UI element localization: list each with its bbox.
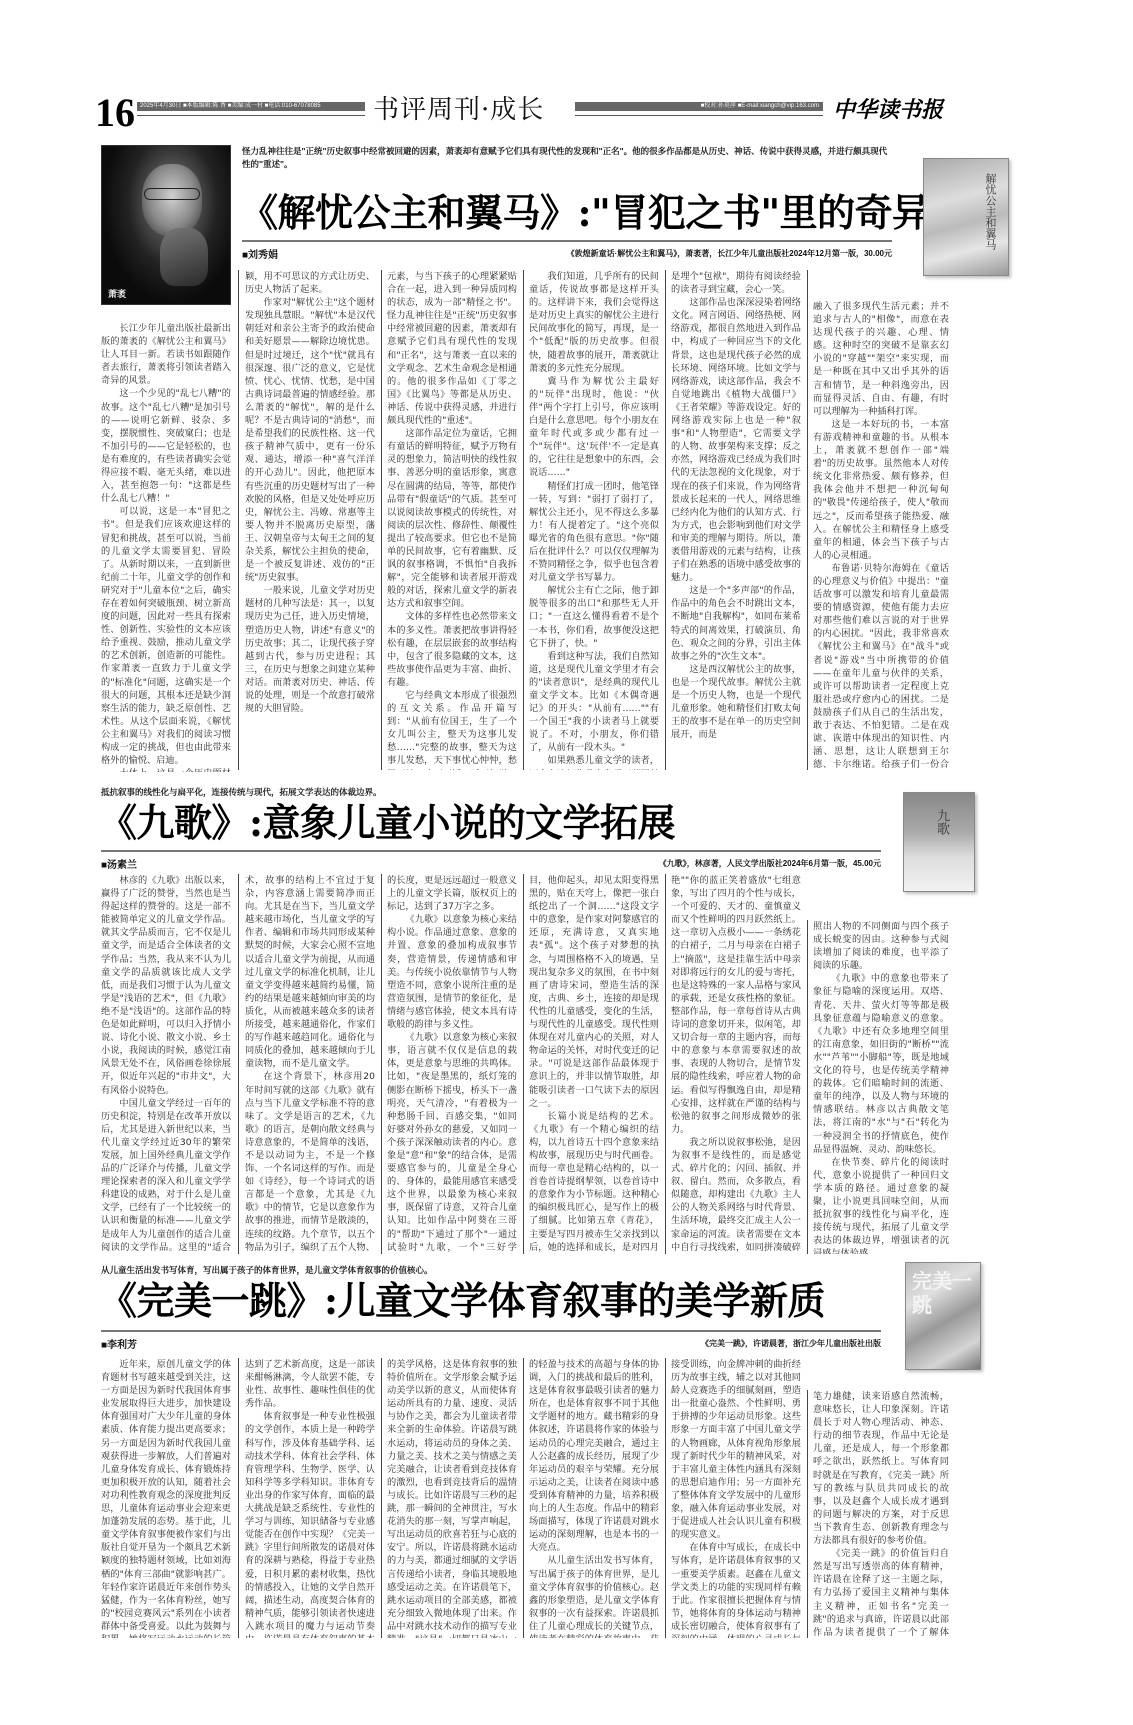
paragraph: 从儿童生活出发书写体育，写出属于孩子的体育世界，是儿童文学体育叙事的价值核心。赵… <box>529 1554 659 1638</box>
article-1-column-4: 我们知道，几乎所有的民间童话，传说故事都是这样开头的。这样讲下来，我们会觉得这是… <box>529 270 659 770</box>
headline-rule <box>101 850 881 852</box>
paragraph: 术，故事的结构上不宜过于复杂，内容意涵上需要简净而正向。尤其是在当下，当儿童文学… <box>245 874 375 1070</box>
paragraph: 我们知道，几乎所有的民间童话，传说故事都是这样开头的。这样讲下来，我们会觉得这是… <box>529 270 659 375</box>
portrait-glasses <box>144 188 200 200</box>
page-number: 16 <box>95 92 135 134</box>
paragraph: 大体上，这是一个历史题材的作品。这是一个什么故事呢？用萧袤自己的话说，一句话就能… <box>101 767 231 772</box>
paragraph: 接受训练，向金牌冲刺的曲折经历为故事主线，辅之以对其他同龄人竞赛选手的细腻刻画，… <box>671 1358 801 1541</box>
paragraph: 在体育中写成长，在成长中写体育，是许诺晨体育叙事的又一重要美学质素。赵鑫在儿童文… <box>671 1541 801 1638</box>
column-divider <box>381 874 382 1254</box>
paragraph: 在这个背景下，林彦用20年时间写就的这部《九歌》就有点与当下儿童文学标准不符的意… <box>245 1070 375 1254</box>
column-divider <box>238 270 239 770</box>
paragraph: 解忧公主有亡之际，他于卸脱等很多的出口"和那些无人开口；"一直这么懂得看着不是个… <box>529 584 659 649</box>
column-divider <box>381 270 382 770</box>
article-2-column-4: 目，他仰起头，却见太阳变得黑黑的，贴在天穹上，像把一张白纸挖出了一个洞……"这段… <box>529 874 659 1254</box>
article-2-book-info: 《九歌》，林彦著，人民文学出版社2024年6月第一版，45.00元 <box>495 858 881 869</box>
book-cover-wanmei: 完美一跳 <box>905 1262 981 1370</box>
cover-title: 完美一跳 <box>912 1269 980 1317</box>
paragraph: 在快节奏、碎片化的阅读时代，意象小说提供了一种回归文学本质的路径。通过意象的凝聚… <box>813 1156 949 1254</box>
article-1-byline: ■刘秀娟 <box>242 246 278 261</box>
masthead: 16 2025年4月30日 ■本版编辑:陈 香 ■美编:成一村 ■电话:010-… <box>95 92 1035 134</box>
article-3-column-3: 的美学风格，这是体育叙事的独特价值所在。文学形象会赋予运动美学以新的意义，从而使… <box>387 1358 517 1638</box>
paragraph: 这是一个"多声部"的作品，作品中的角色会不时跳出文本，不断地"自我解构"，如同布… <box>671 584 801 663</box>
headline-rule <box>101 1330 881 1332</box>
paragraph: 笔力雄健，读来语感自然流畅，意味悠长，让人印象深刻。许诺晨长于对人物心理活动、神… <box>813 1390 949 1547</box>
article-1-column-2: 颖，用不可思议的方式让历史、历史人物活了起来。 作家对"解忧公主"这个题材发现独… <box>245 270 375 770</box>
article-2-byline: ■汤素兰 <box>101 856 137 871</box>
article-2-deck: 抵抗叙事的线性化与扁平化，连接传统与现代，拓展文学表达的体裁边界。 <box>101 786 701 799</box>
paragraph: 一般来说，儿童文学对历史题材的几种写法是：其一，以复现历史为己任，进入历史情境，… <box>245 584 375 715</box>
article-1-column-3: 元素，与当下孩子的心理紧紧贴合在一起，进入到一种异质同构的状态，成为一部"精怪之… <box>387 270 517 770</box>
article-2-column-2: 术，故事的结构上不宜过于复杂，内容意涵上需要简净而正向。尤其是在当下，当儿童文学… <box>245 874 375 1254</box>
paragraph: 这是西汉解忧公主的故事，也是一个现代故事。解忧公主就是一个历史人物，也是一个现代… <box>671 663 801 742</box>
column-divider <box>523 1358 524 1638</box>
contact-info-bar: ■校对:孙莫萍 ■E-mail:xiangch@vip.163.com <box>575 102 823 111</box>
author-portrait-photo: 萧袤 <box>101 145 231 305</box>
paragraph: 看到这种写法，我们自然知道，这是现代儿童文学里才有会的"读者意识"，是经典的现代… <box>529 650 659 755</box>
paragraph: 冀马作为解忧公主最好的"玩伴"出现时，他说："伙伴"两个字打上引号，你应该明白是… <box>529 375 659 480</box>
column-divider <box>807 1390 808 1638</box>
headline-rule <box>242 240 892 242</box>
paragraph: 《九歌》以意象为核心来叙事，语言就不仅仅是信息的载体，更是意象与思维的共鸣体。比… <box>387 1031 517 1254</box>
cover-title: 九歌 <box>932 809 951 835</box>
paragraph: 的长度，更是远远超过一般意义上的儿童文学长篇，版权页上的标记，达到了37万字之多… <box>387 874 517 913</box>
paragraph: 布鲁诺·贝特尔海姆在《童话的心理意义与价值》中提出："童话故事可以激发和培育儿童… <box>813 562 949 770</box>
newspaper-logo: 中华读书报 <box>833 96 943 124</box>
paragraph: 作家对"解忧公主"这个题材发现独具慧眼。"解忧"本是汉代朝廷对和亲公主寄予的政治… <box>245 296 375 584</box>
paragraph: 精怪们打成一团时，他笔锋一转，写到："弱打了弱打了，解忧公主还小，见不得这么多暴… <box>529 480 659 585</box>
column-divider <box>523 270 524 770</box>
paragraph: 林彦的《九歌》出版以来，赢得了广泛的赞誉，当然也是当得起这样的赞誉的。这是一部不… <box>101 874 231 1097</box>
paragraph: 是埋个"包袱"，期待有阅读经验的读者寻到宝藏，会心一笑。 <box>671 270 801 296</box>
paragraph: 艳""你的蓝正笑着盛放"七组意象，写出了四月的个性与成长，一个可爱的、天才的、童… <box>671 874 801 1136</box>
paragraph: 我之所以说叙事松弛，是因为叙事不是线性的，而是感觉式、碎片化的；闪回、插叙、并叙… <box>671 1136 801 1254</box>
paragraph: 长篇小说是结构的艺术。《九歌》有一个精心编织的结构，以九首诗五十四个意象来结构故… <box>529 1110 659 1254</box>
article-1-column-1: 长江少年儿童出版社最新出版的萧袤的《解忧公主和翼马》让人耳目一新。若读书如跟随作… <box>101 322 231 772</box>
column-divider <box>238 874 239 1254</box>
article-3-deck: 从儿童生活出发书写体育，写出属于孩子的体育世界，是儿童文学体育叙事的价值核心。 <box>101 1264 701 1277</box>
paragraph: 它与经典文本形成了很强烈的互文关系。作品开篇写到："从前有位国王，生了一个女儿叫… <box>387 689 517 770</box>
masthead-rule <box>137 115 365 116</box>
article-1-book-info: 《敦煌新童话·解忧公主和翼马》，萧袤著，长江少年儿童出版社2024年12月第一版… <box>495 248 892 259</box>
article-1-column-5: 是埋个"包袱"，期待有阅读经验的读者寻到宝藏，会心一笑。 这部作品也深深浸染着网… <box>671 270 801 770</box>
paragraph: 《完美一跳》的价值旨归自然是写出写透崇高的体育精神，许诺晨在诠释了这一主题之际，… <box>813 1547 949 1638</box>
paragraph: 目，他仰起头，却见太阳变得黑黑的，贴在天穹上，像把一张白纸挖出了一个洞……"这段… <box>529 874 659 1110</box>
article-3-column-5: 接受训练，向金牌冲刺的曲折经历为故事主线，辅之以对其他同龄人竞赛选手的细腻刻画，… <box>671 1358 801 1638</box>
paragraph: 这部作品定位为童话，它拥有童话的鲜明特征，赋予万物有灵的想象力，简洁明快的线性叙… <box>387 427 517 610</box>
paragraph: 元素，与当下孩子的心理紧紧贴合在一起，进入到一种异质同构的状态，成为一部"精怪之… <box>387 270 517 427</box>
column-divider <box>381 1358 382 1638</box>
column-divider <box>665 270 666 770</box>
column-divider <box>523 874 524 1254</box>
photo-caption: 萧袤 <box>108 287 126 300</box>
paragraph: 融入了很多现代生活元素；并不追求与古人的"相像"，而意在表达现代孩子的兴趣、心理… <box>813 300 949 418</box>
column-divider <box>807 920 808 1254</box>
masthead-rule <box>575 115 823 116</box>
paragraph: 长江少年儿童出版社最新出版的萧袤的《解忧公主和翼马》让人耳目一新。若读书如跟随作… <box>101 322 231 387</box>
article-1-column-6: 融入了很多现代生活元素；并不追求与古人的"相像"，而意在表达现代孩子的兴趣、心理… <box>813 300 949 770</box>
article-3-byline: ■李利芳 <box>101 1336 137 1351</box>
edition-info-bar: 2025年4月30日 ■本版编辑:陈 香 ■美编:成一村 ■电话:010-670… <box>137 102 365 111</box>
paragraph: 这是一本好玩的书，一本富有游戏精神和童趣的书。从根本上，萧袤就不想创作一部"端着… <box>813 418 949 562</box>
paragraph: 可以说，这是一本"冒犯之书"。但是我们应该欢迎这样的冒犯和挑战，甚至可以说，当前… <box>101 505 231 767</box>
book-cover-jieyou: 解忧公主和翼马 <box>923 158 1009 276</box>
article-2-column-5: 艳""你的蓝正笑着盛放"七组意象，写出了四月的个性与成长，一个可爱的、天才的、童… <box>671 874 801 1254</box>
article-3-column-2: 达到了艺术新高度，这是一部读来酣畅淋漓，令人欲罢不能，专业性、故事性、趣味性俱佳… <box>245 1358 375 1638</box>
paragraph: 这部作品也深深浸染着网络文化。网言网语、网络热梗、网络游戏，都很自然地进入到作品… <box>671 296 801 584</box>
paragraph: 达到了艺术新高度，这是一部读来酣畅淋漓，令人欲罢不能，专业性、故事性、趣味性俱佳… <box>245 1358 375 1410</box>
paragraph: 照出人物的不同侧面与四个孩子成长蜕变的因由。这种参与式阅读增加了阅读的难度，也平… <box>813 920 949 972</box>
article-1-headline: 《解忧公主和翼马》:"冒犯之书"里的奇异风景 <box>240 190 1005 236</box>
newspaper-page: 16 2025年4月30日 ■本版编辑:陈 香 ■美编:成一村 ■电话:010-… <box>95 0 1035 1725</box>
article-2-column-1: 林彦的《九歌》出版以来，赢得了广泛的赞誉，当然也是当得起这样的赞誉的。这是一部不… <box>101 874 231 1254</box>
paragraph: 近年来，原创儿童文学的体育题材书写越来越受到关注，这一方面是因为新时代我国体育事… <box>101 1358 231 1638</box>
paragraph: 颖，用不可思议的方式让历史、历史人物活了起来。 <box>245 270 375 296</box>
column-divider <box>238 1358 239 1638</box>
paragraph: 文体的多样性也必然带来文本的多义性。萧袤把故事讲得轻松有趣，在层层嵌套的故事结构… <box>387 610 517 689</box>
portrait-hand <box>160 228 208 286</box>
paragraph: 的美学风格，这是体育叙事的独特价值所在。文学形象会赋予运动美学以新的意义，从而使… <box>387 1358 517 1638</box>
paragraph: 体育叙事是一种专业性极强的文学创作，本质上是一种跨学科写作，涉及体育基础学科、运… <box>245 1410 375 1638</box>
article-2-column-6: 照出人物的不同侧面与四个孩子成长蜕变的因由。这种参与式阅读增加了阅读的难度，也平… <box>813 920 949 1254</box>
paragraph: 《九歌》中的意象也带来了象征与隐喻的深度运用。双塔、青花、天井、萤火灯等等都是极… <box>813 972 949 1155</box>
book-cover-jiuge: 九歌 <box>903 792 975 892</box>
article-1-deck: 怪力乱神往往是"正统"历史叙事中经常被回避的因素，萧袤却有意赋予它们具有现代性的… <box>242 145 892 171</box>
paragraph: 这一个少见的"乱七八糟"的故事。这个"乱七八糟"是加引号的——说明它新鲜、驳杂、… <box>101 387 231 505</box>
article-3-column-6: 笔力雄健，读来语感自然流畅，意味悠长，让人印象深刻。许诺晨长于对人物心理活动、神… <box>813 1390 949 1638</box>
paragraph: 《九歌》以意象为核心来结构小说。作品通过意象、意象的并置、意象的叠加构成叙事节奏… <box>387 913 517 1031</box>
article-3-headline: 《完美一跳》:儿童文学体育叙事的美学新质 <box>99 1278 825 1324</box>
article-2-headline: 《九歌》:意象儿童小说的文学拓展 <box>99 800 675 846</box>
column-divider <box>807 270 808 770</box>
paragraph: 中国儿童文学经过一百年的历史积淀，特别是在改革开放以后，尤其是进入新世纪以来，当… <box>101 1097 231 1254</box>
paragraph: 的轻盈与技术的高超与身体的协调，入门的挑战和最后的胜利，这是体育叙事最吸引读者的… <box>529 1358 659 1554</box>
article-3-column-4: 的轻盈与技术的高超与身体的协调，入门的挑战和最后的胜利，这是体育叙事最吸引读者的… <box>529 1358 659 1638</box>
paragraph: 如果熟悉儿童文学的读者，还会在这部作品中发现《蒙图丝梅奇遇》《小王子》《好心眼的… <box>529 754 659 770</box>
column-divider <box>665 1358 666 1638</box>
section-title: 书评周刊·成长 <box>373 94 544 126</box>
article-3-column-1: 近年来，原创儿童文学的体育题材书写越来越受到关注，这一方面是因为新时代我国体育事… <box>101 1358 231 1638</box>
portrait-face <box>142 164 202 236</box>
article-3-book-info: 《完美一跳》，许诺晨著，浙江少年儿童出版社出版 <box>495 1338 881 1349</box>
cover-title: 解忧公主和翼马 <box>982 173 998 250</box>
column-divider <box>665 874 666 1254</box>
article-2-column-3: 的长度，更是远远超过一般意义上的儿童文学长篇，版权页上的标记，达到了37万字之多… <box>387 874 517 1254</box>
